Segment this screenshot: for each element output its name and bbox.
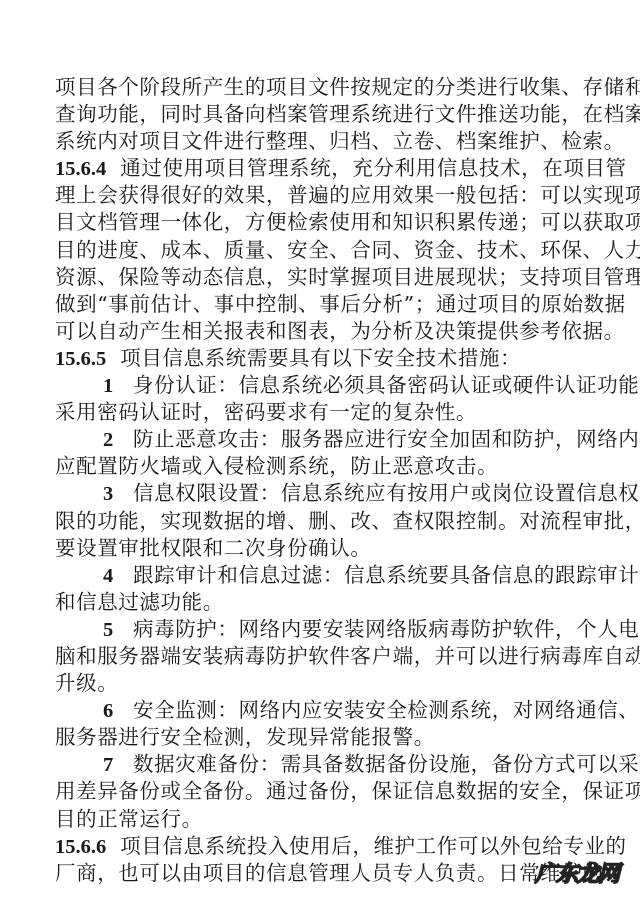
list-item-5: 5病毒防护：网络内要安装网络版病毒防护软件，个人电 [55,616,585,643]
text-line: 和信息过滤功能。 [55,589,585,616]
text-line: 可以自动产生相关报表和图表，为分析及决策提供参考依据。 [55,318,585,345]
list-item-3: 3信息权限设置：信息系统应有按用户或岗位设置信息权 [55,480,585,507]
text-line: 系统内对项目文件进行整理、归档、立卷、档案维护、检索。 [55,128,585,155]
item-number: 3 [103,481,133,508]
text-line: 服务器进行安全检测，发现异常能报警。 [55,724,585,751]
clause-15-6-5: 15.6.5项目信息系统需要具有以下安全技术措施： [55,345,585,372]
item-number: 4 [103,563,133,590]
item-number: 5 [103,617,133,644]
text-line: 目的进度、成本、质量、安全、合同、资金、技术、环保、人力 [55,237,585,264]
item-number: 1 [103,373,133,400]
text-line: 应配置防火墙或入侵检测系统，防止恶意攻击。 [55,453,585,480]
list-item-7: 7数据灾难备份：需具备数据备份设施，备份方式可以采 [55,751,585,778]
item-number: 6 [103,698,133,725]
clause-number: 15.6.4 [55,156,106,183]
text-line: 用差异备份或全备份。通过备份，保证信息数据的安全，保证项 [55,778,585,805]
list-item-6: 6安全监测：网络内应安装安全检测系统，对网络通信、 [55,697,585,724]
list-item-4: 4跟踪审计和信息过滤：信息系统要具备信息的跟踪审计 [55,562,585,589]
document-page: 项目各个阶段所产生的项目文件按规定的分类进行收集、存储和 查询功能，同时具备向档… [55,74,585,887]
text-line: 脑和服务器端安装病毒防护软件客户端，并可以进行病毒库自动 [55,643,585,670]
clause-number: 15.6.6 [55,834,106,861]
clause-15-6-4: 15.6.4通过使用项目管理系统，充分利用信息技术，在项目管 [55,155,585,182]
clause-15-6-6: 15.6.6项目信息系统投入使用后，维护工作可以外包给专业的 [55,833,585,860]
text-line: 升级。 [55,670,585,697]
text-line: 目的正常运行。 [55,806,585,833]
text-line: 资源、保险等动态信息，实时掌握项目进展现状；支持项目管理 [55,264,585,291]
text-line: 要设置审批权限和二次身份确认。 [55,535,585,562]
text-line: 理上会获得很好的效果，普遍的应用效果一般包括：可以实现项 [55,182,585,209]
list-item-1: 1身份认证：信息系统必须具备密码认证或硬件认证功能。 [55,372,585,399]
text-line: 限的功能，实现数据的增、删、改、查权限控制。对流程审批， [55,508,585,535]
watermark-logo: 广东龙网 [535,857,619,888]
item-number: 2 [103,427,133,454]
text-line: 采用密码认证时，密码要求有一定的复杂性。 [55,399,585,426]
text-line: 做到“事前估计、事中控制、事后分析”；通过项目的原始数据 [55,291,585,318]
text-line: 查询功能，同时具备向档案管理系统进行文件推送功能，在档案 [55,101,585,128]
list-item-2: 2防止恶意攻击：服务器应进行安全加固和防护，网络内 [55,426,585,453]
clause-number: 15.6.5 [55,346,106,373]
text-line: 项目各个阶段所产生的项目文件按规定的分类进行收集、存储和 [55,74,585,101]
item-number: 7 [103,752,133,779]
text-line: 厂商，也可以由项目的信息管理人员专人负责。日常维护的 [55,860,585,887]
text-line: 目文档管理一体化，方便检索使用和知识积累传递；可以获取项 [55,209,585,236]
